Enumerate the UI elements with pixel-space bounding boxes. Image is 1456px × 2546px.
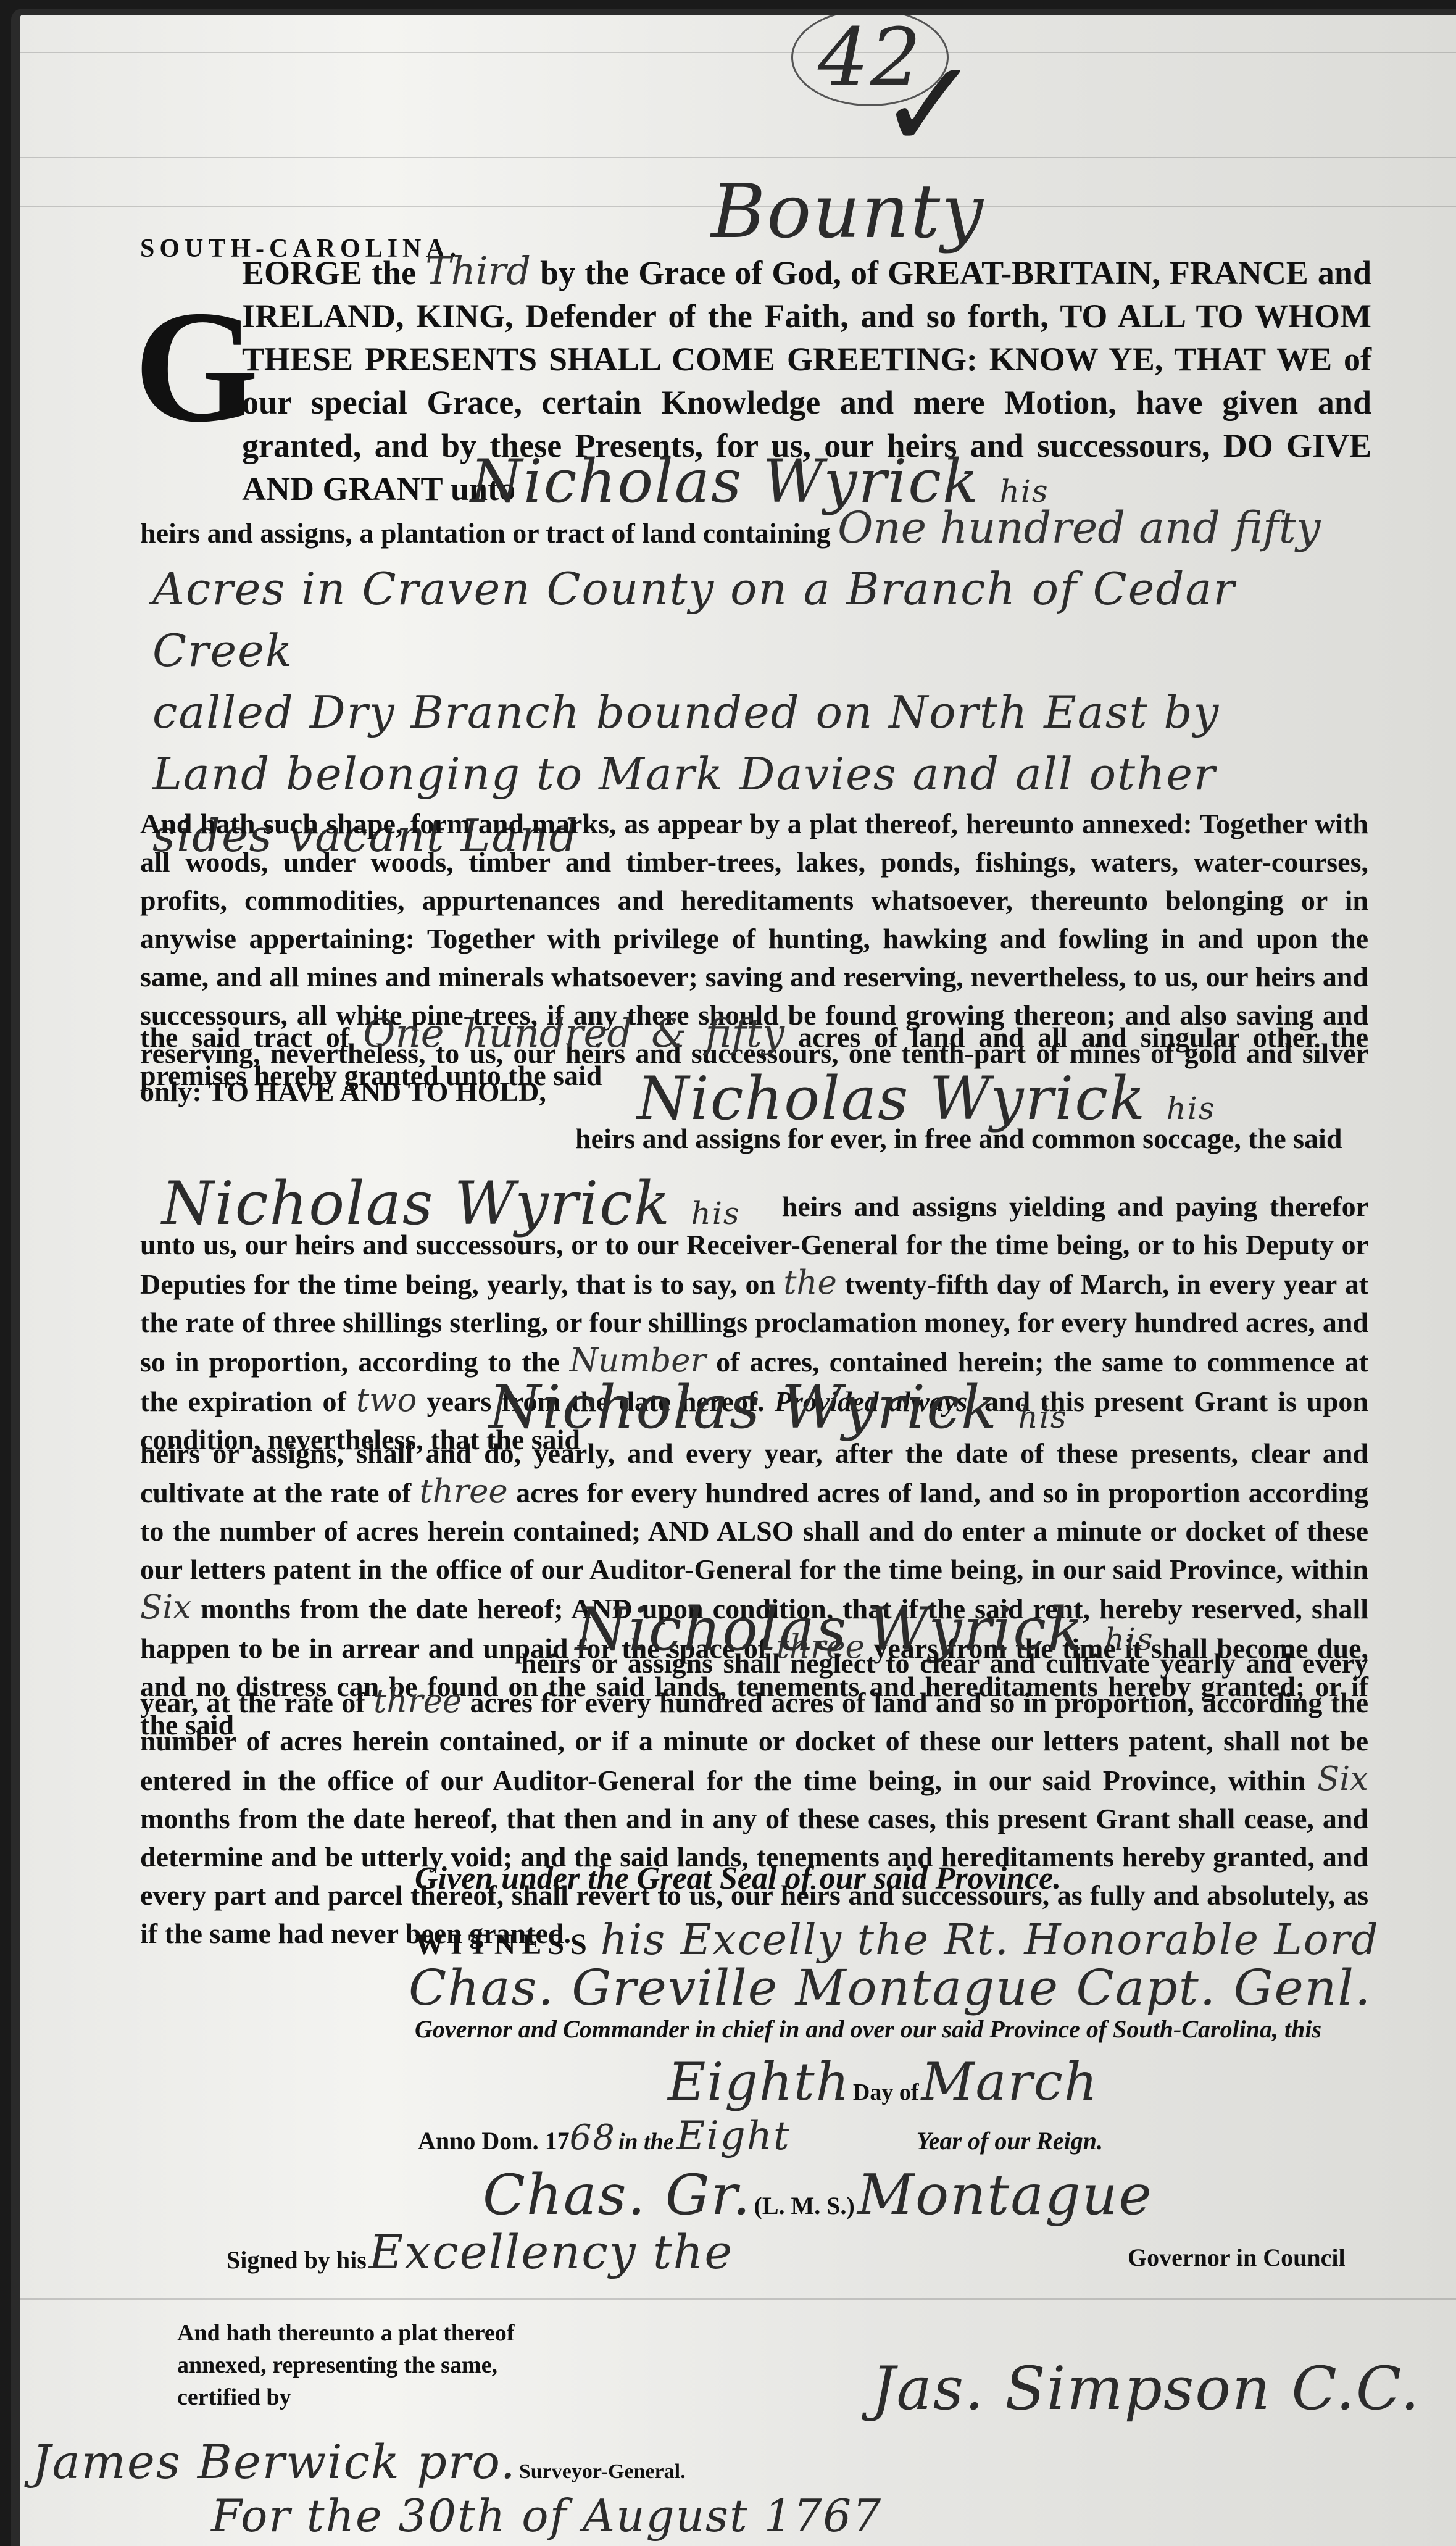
date-line: Eighth Day of March: [668, 2052, 1099, 2112]
acreage: One hundred and fifty: [838, 502, 1320, 553]
clerk-signature: Jas. Simpson C.C.: [872, 2354, 1420, 2423]
body-paragraph-3: heirs and assigns for ever, in free and …: [575, 1120, 1368, 1158]
governor-signature: Chas. Gr. (L. M. S.) Montague: [483, 2163, 1153, 2228]
dropcap-initial: G: [134, 286, 259, 447]
witness-block: WITNESS his Excelly the Rt. Honorable Lo…: [415, 1916, 1379, 1965]
signed-line: Signed by his Excellency the Governor in…: [227, 2224, 1399, 2279]
intro-part1: EORGE the: [242, 254, 416, 291]
body-paragraph-6: heirs or assigns shall neglect to clear …: [140, 1644, 1368, 1953]
plat-certification: And hath thereunto a plat thereof annexe…: [177, 2317, 529, 2413]
plat-date: For the 30th of August 1767: [211, 2490, 882, 2540]
tract-line: heirs and assigns, a plantation or tract…: [140, 509, 1368, 552]
anno-line: Anno Dom. 1768 in the Eight Year of our …: [418, 2113, 1103, 2159]
grantee-name-4: Nicholas Wyrick his: [489, 1373, 1068, 1442]
document-page: 42 ✓ Bounty SOUTH-CAROLINA. G EORGE the …: [11, 9, 1456, 2540]
bounty-label: Bounty: [711, 169, 984, 255]
surveyor-line: James Berwick pro. Surveyor-General.: [32, 2434, 686, 2489]
governor-line: Governor and Commander in chief in and o…: [415, 2015, 1321, 2044]
seal-line: Given under the Great Seal of our said P…: [415, 1860, 1061, 1897]
regnal-number: Third: [425, 248, 531, 293]
checkmark-icon: ✓: [878, 33, 981, 177]
governor-name: Chas. Greville Montague Capt. Genl.: [409, 1959, 1371, 2016]
